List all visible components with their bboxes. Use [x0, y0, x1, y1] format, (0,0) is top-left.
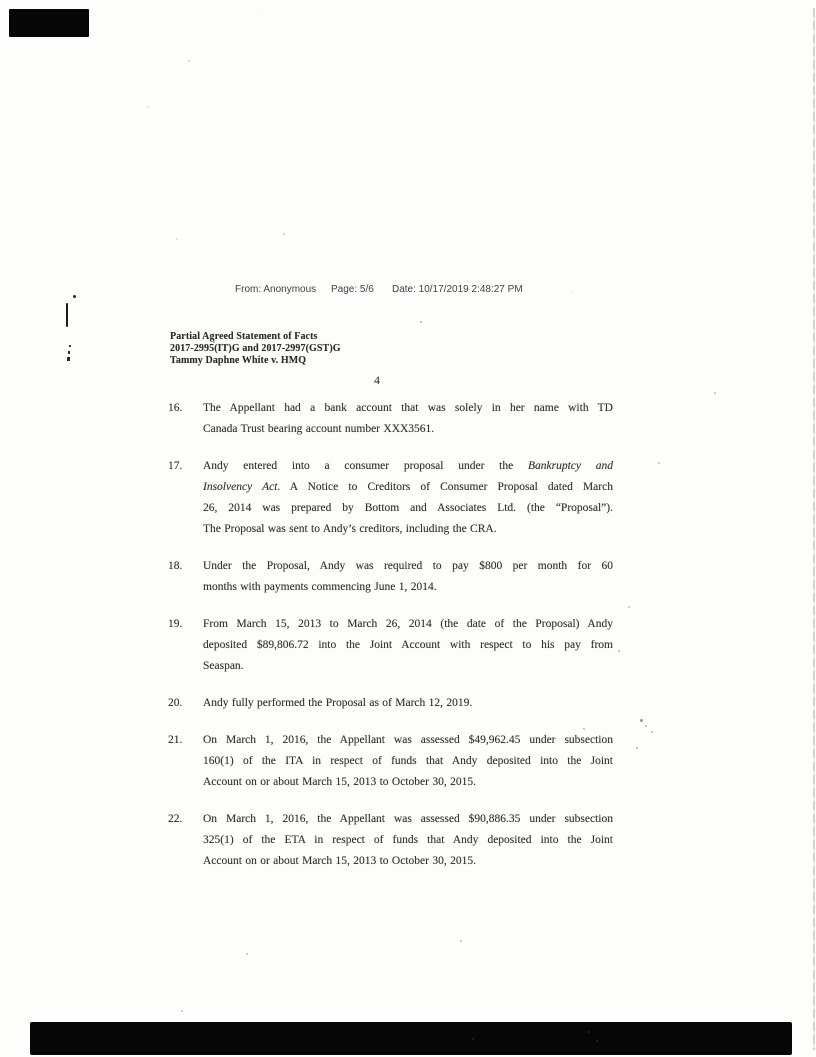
scan-noise-speck	[283, 233, 285, 235]
scan-noise-speck	[176, 238, 178, 240]
scan-noise-speck	[618, 650, 620, 652]
scan-noise-speck	[714, 392, 716, 394]
paragraph-number: 20.	[168, 693, 182, 714]
paragraph-number: 18.	[168, 556, 182, 577]
paragraph-line: Andy fully performed the Proposal as of …	[203, 693, 613, 714]
paragraph-line: Account on or about March 15, 2013 to Oc…	[203, 851, 613, 872]
case-caption-style-of-cause: Tammy Daphne White v. HMQ	[170, 355, 341, 367]
case-caption-title: Partial Agreed Statement of Facts	[170, 331, 341, 343]
scan-artifact-margin-tick	[69, 345, 71, 347]
paragraph-text: The Appellant had a bank account that wa…	[203, 398, 613, 440]
fax-from-label: From: Anonymous	[235, 284, 316, 295]
scan-noise-speck	[188, 60, 190, 62]
paragraph-text: Under the Proposal, Andy was required to…	[203, 556, 613, 598]
paragraph-text: On March 1, 2016, the Appellant was asse…	[203, 730, 613, 793]
scan-noise-speck	[628, 606, 630, 608]
paragraph-number: 17.	[168, 456, 182, 477]
page-number: 4	[374, 373, 380, 388]
scan-noise-speck	[420, 321, 422, 323]
scan-artifact-margin-tick	[67, 357, 70, 361]
scan-noise-speck	[262, 14, 263, 15]
paragraph-line: The Appellant had a bank account that wa…	[203, 398, 613, 419]
paragraph-line: Insolvency Act. A Notice to Creditors of…	[203, 477, 613, 498]
fax-date-label: Date: 10/17/2019 2:48:27 PM	[392, 284, 523, 295]
paragraph-line: months with payments commencing June 1, …	[203, 577, 613, 598]
scan-noise-speck	[645, 725, 647, 727]
scan-artifact-margin-tick	[68, 351, 70, 354]
scan-noise-speck	[651, 731, 653, 733]
paragraph-line: 325(1) of the ETA in respect of funds th…	[203, 830, 613, 851]
case-caption: Partial Agreed Statement of Facts 2017-2…	[170, 331, 341, 367]
paragraph: 18.Under the Proposal, Andy was required…	[166, 556, 613, 598]
paragraph-line: Canada Trust bearing account number XXX3…	[203, 419, 613, 440]
paragraph-number: 19.	[168, 614, 182, 635]
case-caption-docket: 2017-2995(IT)G and 2017-2997(GST)G	[170, 343, 341, 355]
scan-noise-speck	[460, 940, 462, 942]
paragraph-line: Under the Proposal, Andy was required to…	[203, 556, 613, 577]
paragraph-line: From March 15, 2013 to March 26, 2014 (t…	[203, 614, 613, 635]
paragraph: 17.Andy entered into a consumer proposal…	[166, 456, 613, 540]
paragraph: 21.On March 1, 2016, the Appellant was a…	[166, 730, 613, 793]
fax-page-label: Page: 5/6	[331, 284, 374, 295]
paragraph: 16.The Appellant had a bank account that…	[166, 398, 613, 440]
paragraph: 22.On March 1, 2016, the Appellant was a…	[166, 809, 613, 872]
paragraph-line: Andy entered into a consumer proposal un…	[203, 456, 613, 477]
paragraph: 19.From March 15, 2013 to March 26, 2014…	[166, 614, 613, 677]
statement-paragraphs: 16.The Appellant had a bank account that…	[166, 398, 613, 888]
scan-noise-speck	[640, 719, 643, 722]
scan-noise-speck	[588, 1031, 590, 1033]
paragraph-line: deposited $89,806.72 into the Joint Acco…	[203, 635, 613, 656]
scanned-document-page: From: Anonymous Page: 5/6 Date: 10/17/20…	[0, 0, 816, 1057]
paragraph-line: The Proposal was sent to Andy’s creditor…	[203, 519, 613, 540]
scan-artifact-right-edge-line	[813, 8, 815, 1050]
paragraph-text: On March 1, 2016, the Appellant was asse…	[203, 809, 613, 872]
scan-noise-speck	[472, 1038, 474, 1040]
paragraph-line: 26, 2014 was prepared by Bottom and Asso…	[203, 498, 613, 519]
paragraph-line: 160(1) of the ITA in respect of funds th…	[203, 751, 613, 772]
scan-artifact-top-left-bar	[9, 9, 89, 37]
scan-artifact-bottom-bar	[30, 1022, 792, 1055]
paragraph: 20.Andy fully performed the Proposal as …	[166, 693, 613, 714]
scan-noise-speck	[147, 106, 149, 108]
paragraph-text: Andy entered into a consumer proposal un…	[203, 456, 613, 540]
paragraph-line: On March 1, 2016, the Appellant was asse…	[203, 809, 613, 830]
paragraph-number: 21.	[168, 730, 182, 751]
scan-noise-speck	[636, 747, 638, 749]
fax-header: From: Anonymous Page: 5/6 Date: 10/17/20…	[0, 284, 816, 298]
paragraph-line: On March 1, 2016, the Appellant was asse…	[203, 730, 613, 751]
scan-noise-speck	[181, 1010, 183, 1012]
scan-noise-speck	[658, 462, 660, 464]
paragraph-text: Andy fully performed the Proposal as of …	[203, 693, 613, 714]
scan-artifact-margin-line	[66, 303, 68, 327]
scan-noise-speck	[246, 953, 248, 955]
paragraph-line: Seaspan.	[203, 656, 613, 677]
scan-noise-speck	[596, 1040, 598, 1042]
paragraph-number: 22.	[168, 809, 182, 830]
paragraph-text: From March 15, 2013 to March 26, 2014 (t…	[203, 614, 613, 677]
paragraph-number: 16.	[168, 398, 182, 419]
paragraph-line: Account on or about March 15, 2013 to Oc…	[203, 772, 613, 793]
